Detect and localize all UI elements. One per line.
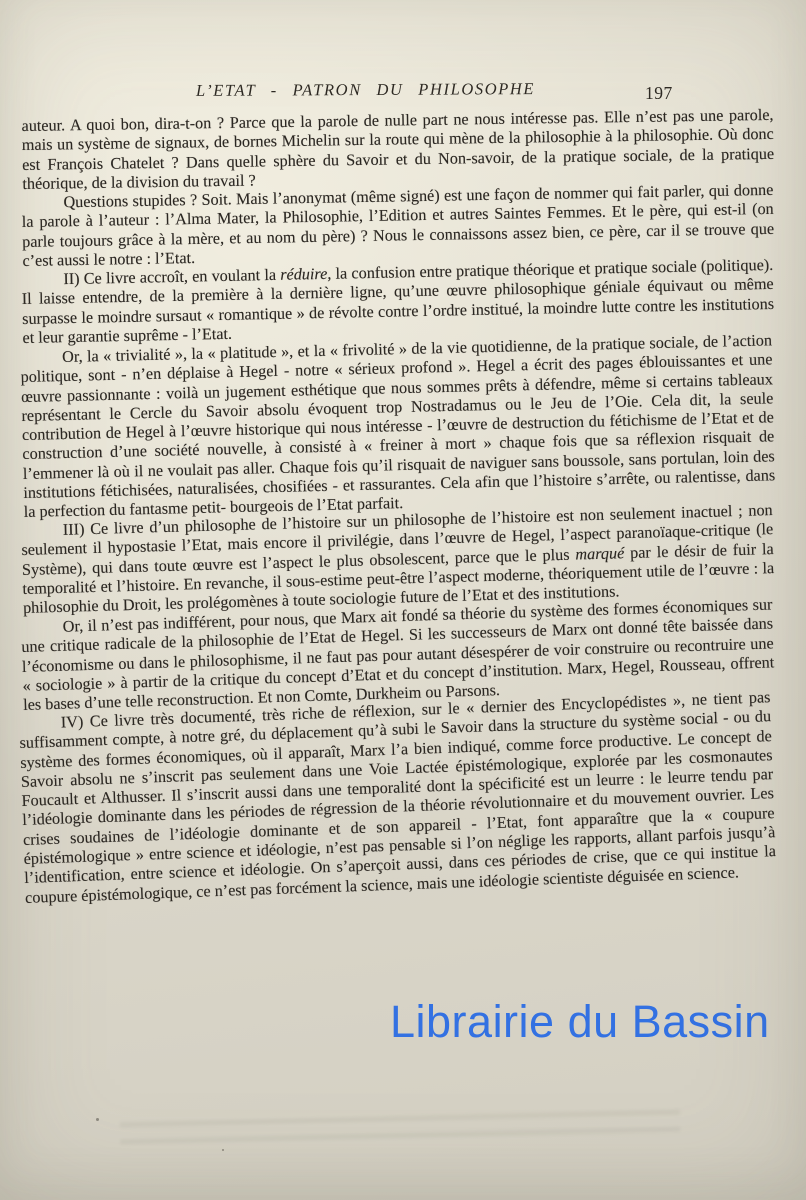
text-segment: Questions stupides ? Soit. Mais l’anonym… xyxy=(22,181,775,270)
paragraph: auteur. A quoi bon, dira-t-on ? Parce qu… xyxy=(21,106,774,194)
page-body: auteur. A quoi bon, dira-t-on ? Parce qu… xyxy=(22,117,774,908)
italic-text-segment: marqué xyxy=(575,544,624,563)
text-segment: Or, la « trivialité », la « platitude »,… xyxy=(20,331,775,521)
book-page-photo: L’ETAT - PATRON DU PHILOSOPHE 197 auteur… xyxy=(0,0,806,1200)
paragraph: IV) Ce livre très documenté, très riche … xyxy=(19,688,777,908)
watermark: Librairie du Bassin xyxy=(390,996,790,1048)
paper-speck xyxy=(222,1149,224,1151)
paragraph: Or, la « trivialité », la « platitude »,… xyxy=(20,331,776,522)
text-segment: IV) Ce livre très documenté, très riche … xyxy=(19,688,776,906)
running-title: L’ETAT - PATRON DU PHILOSOPHE xyxy=(196,79,535,101)
reverse-side-showthrough xyxy=(120,1102,681,1149)
page-header: L’ETAT - PATRON DU PHILOSOPHE 197 xyxy=(0,80,806,106)
italic-text-segment: réduire, xyxy=(280,265,331,284)
text-segment: auteur. A quoi bon, dira-t-on ? Parce qu… xyxy=(21,106,774,193)
page-number: 197 xyxy=(645,83,673,104)
paper-speck xyxy=(96,1118,99,1121)
